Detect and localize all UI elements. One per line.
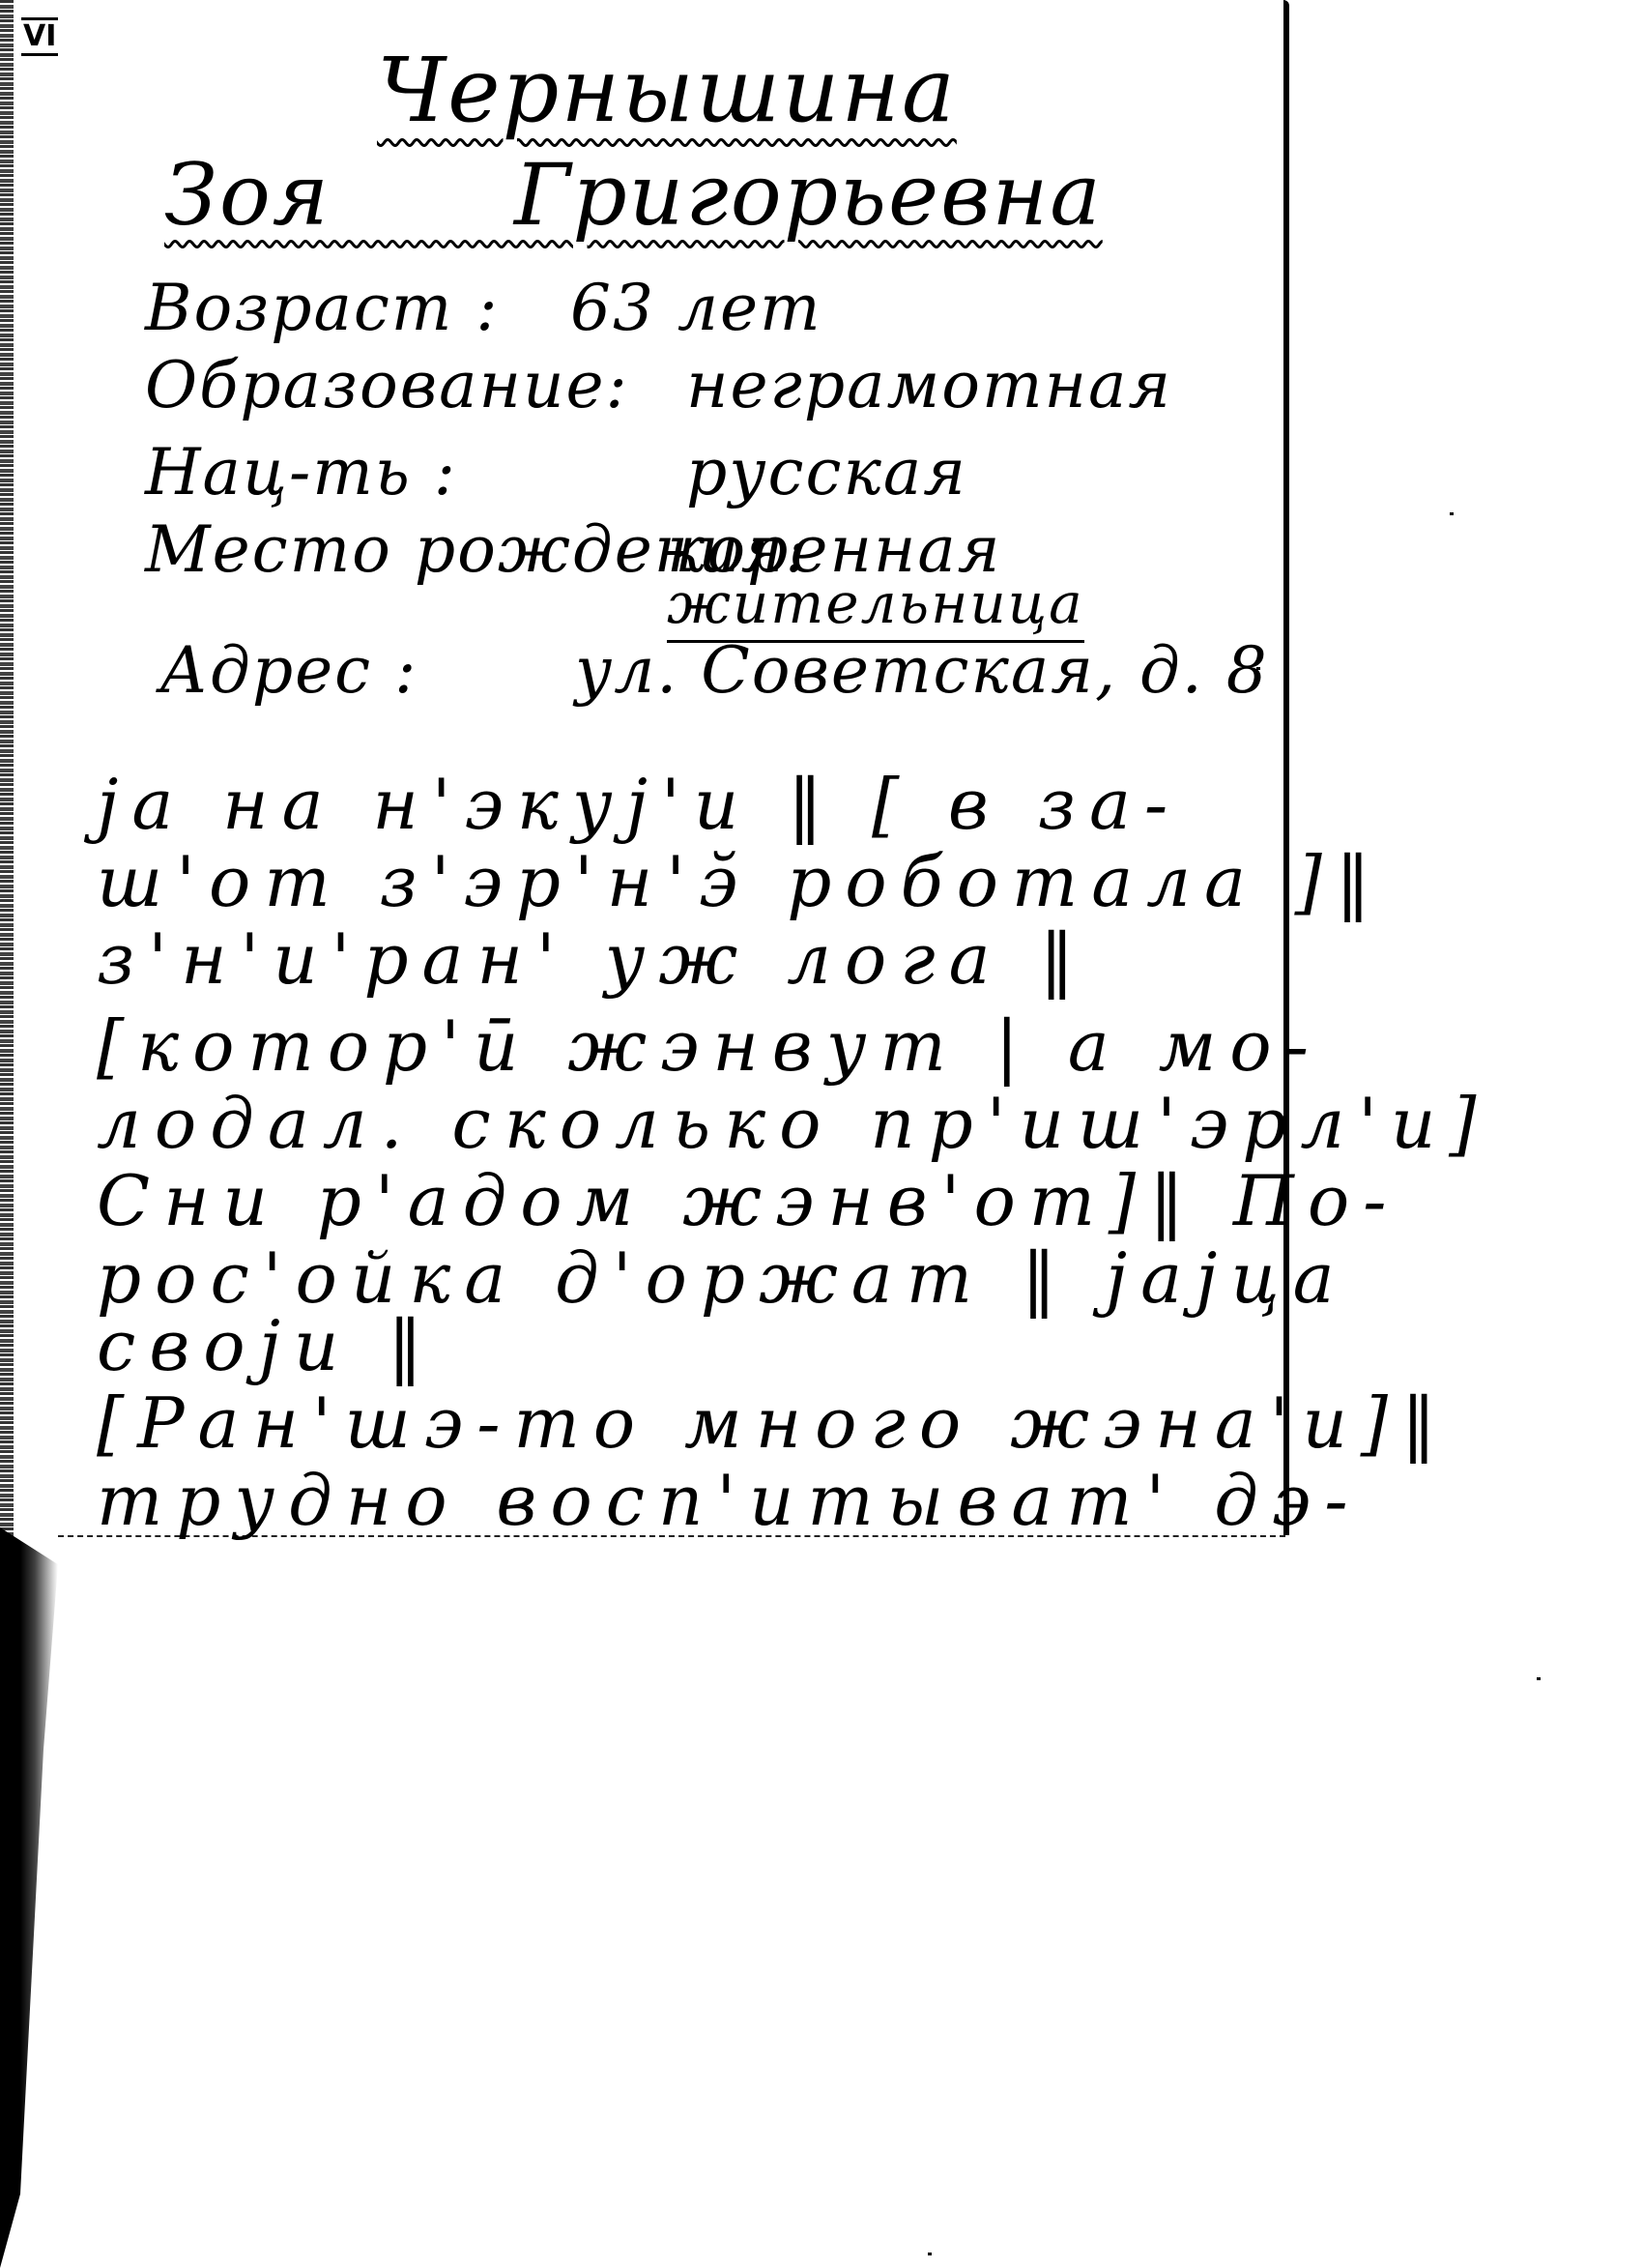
field-education-value: неграмотная	[686, 348, 1172, 422]
transcript-line: лодал. сколько пр'иш'эрл'и]	[97, 1083, 1489, 1164]
field-address-value: ул. Советская, д. 8	[575, 633, 1269, 708]
informant-surname: Чернышина	[377, 39, 957, 142]
scan-shadow-artifact	[0, 1527, 58, 2268]
scan-speck	[1537, 1677, 1541, 1680]
informant-given-names: Зоя Григорьевна	[164, 145, 1103, 245]
transcript-line: ш'от з'эр'н'э̆ роботала ]‖	[97, 841, 1384, 922]
field-address-label: Адрес :	[159, 633, 575, 708]
field-address: Адрес : ул. Советская, д. 8	[159, 633, 1269, 708]
scan-speck	[1450, 512, 1454, 515]
field-nationality-label: Нац-ть :	[145, 435, 686, 509]
transcript-line: своји ‖	[97, 1305, 436, 1386]
transcript-line: [котор'ӣ жэнвут | а мо-	[97, 1005, 1322, 1087]
scan-speck	[928, 2253, 932, 2255]
scan-speck	[1256, 667, 1260, 670]
field-nationality: Нац-ть : русская	[145, 435, 967, 509]
field-education-label: Образование:	[145, 348, 686, 422]
transcript-line: [Ран'шэ-то много жэна'и]‖	[97, 1382, 1450, 1464]
scan-left-edge-artifact	[0, 0, 14, 1566]
transcript-line: трудно восп'итыват' дэ-	[97, 1460, 1362, 1541]
transcript-line: Сни р'адом жэнв'от]‖ По-	[97, 1160, 1400, 1241]
transcript-line: з'н'и'ран' уж лога ‖	[97, 918, 1087, 1000]
page-number-marker: VI	[21, 17, 58, 56]
field-age: Возраст : 63 лет	[145, 271, 822, 345]
field-nationality-value: русская	[686, 435, 967, 509]
field-education: Образование: неграмотная	[145, 348, 1172, 422]
field-age-label: Возраст :	[145, 271, 570, 345]
field-birthplace-value-line2: жительница	[667, 570, 1084, 643]
field-age-value: 63 лет	[570, 271, 822, 345]
field-birthplace-label: Место рождения:	[145, 512, 667, 587]
transcript-line: jа на н'экуј'и ‖ [ в за-	[97, 764, 1181, 845]
